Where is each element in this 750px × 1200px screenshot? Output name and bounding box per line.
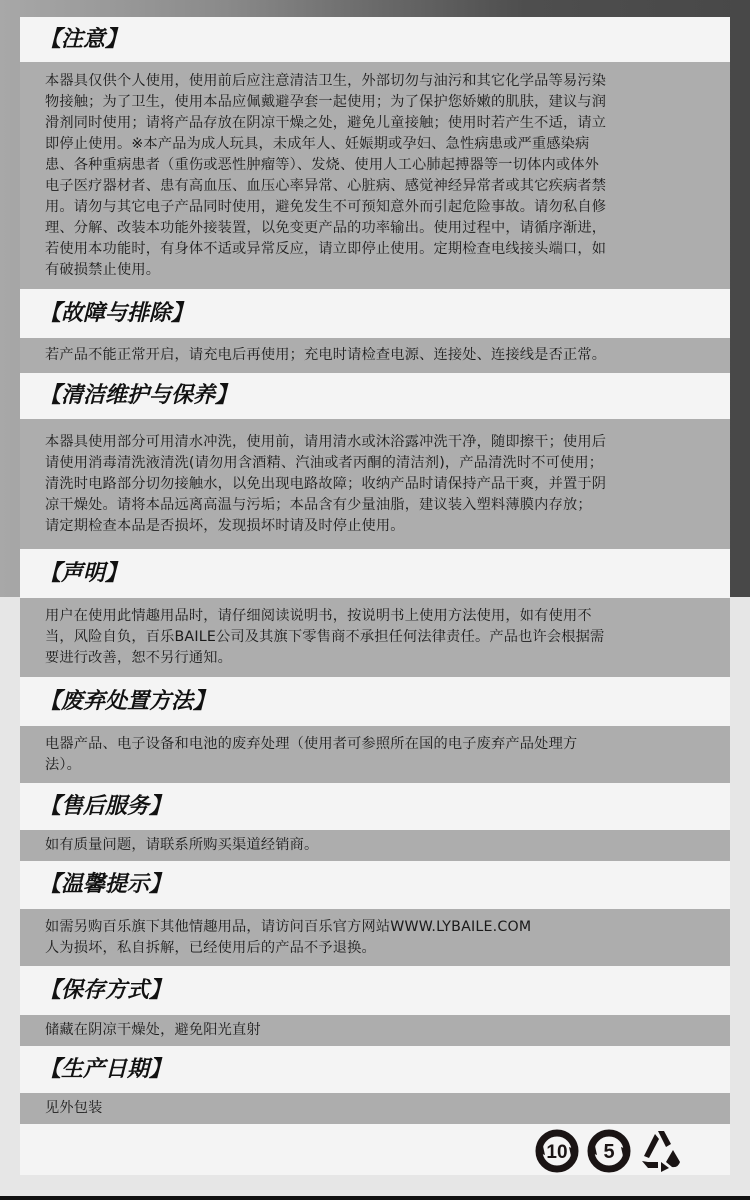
section-title-storage: 【保存方式】 [20, 966, 730, 1015]
section-body-disclaimer: 用户在使用此情趣用品时，请仔细阅读说明书，按说明书上使用方法使用，如有使用不 当… [20, 598, 730, 677]
section-title-notice: 【注意】 [20, 17, 730, 62]
notice-text: 本器具仅供个人使用，使用前后应注意清洁卫生，外部切勿与油污和其它化学品等易污染 … [45, 71, 606, 281]
section-body-production-date: 见外包装 [20, 1093, 730, 1124]
storage-text: 储藏在阴凉干燥处，避免阳光直射 [45, 1020, 261, 1041]
section-body-notice: 本器具仅供个人使用，使用前后应注意清洁卫生，外部切勿与油污和其它化学品等易污染 … [20, 62, 730, 289]
epup-5-year-icon: 5 [586, 1128, 632, 1174]
troubleshooting-text: 若产品不能正常开启，请充电后再使用；充电时请检查电源、连接处、连接线是否正常。 [45, 345, 606, 366]
section-title-after-sales: 【售后服务】 [20, 783, 730, 830]
section-body-after-sales: 如有质量问题，请联系所购买渠道经销商。 [20, 830, 730, 861]
section-title-tips: 【温馨提示】 [20, 861, 730, 909]
cleaning-text: 本器具使用部分可用清水冲洗，使用前，请用清水或沐浴露冲洗干净，随即擦干；使用后 … [45, 432, 606, 537]
section-title-disposal: 【废弃处置方法】 [20, 677, 730, 726]
section-body-storage: 储藏在阴凉干燥处，避免阳光直射 [20, 1015, 730, 1046]
disposal-text: 电器产品、电子设备和电池的废弃处理（使用者可参照所在国的电子废弃产品处理方 法）… [45, 734, 577, 776]
bottom-border [0, 1196, 750, 1200]
footer: 10 5 [20, 1124, 730, 1175]
recycle-icon [638, 1128, 682, 1174]
section-body-cleaning: 本器具使用部分可用清水冲洗，使用前，请用清水或沐浴露冲洗干净，随即擦干；使用后 … [20, 419, 730, 549]
svg-text:5: 5 [603, 1141, 614, 1163]
certification-icons: 10 5 [534, 1128, 682, 1174]
tips-text: 如需另购百乐旗下其他情趣用品，请访问百乐官方网站WWW.LYBAILE.COM … [45, 917, 531, 959]
svg-text:10: 10 [546, 1142, 567, 1163]
disclaimer-text: 用户在使用此情趣用品时，请仔细阅读说明书，按说明书上使用方法使用，如有使用不 当… [45, 606, 604, 669]
section-body-tips: 如需另购百乐旗下其他情趣用品，请访问百乐官方网站WWW.LYBAILE.COM … [20, 909, 730, 966]
section-title-production-date: 【生产日期】 [20, 1046, 730, 1093]
after-sales-text: 如有质量问题，请联系所购买渠道经销商。 [45, 835, 318, 856]
section-title-disclaimer: 【声明】 [20, 549, 730, 598]
instruction-card: 【注意】 本器具仅供个人使用，使用前后应注意清洁卫生，外部切勿与油污和其它化学品… [20, 17, 730, 1175]
section-body-disposal: 电器产品、电子设备和电池的废弃处理（使用者可参照所在国的电子废弃产品处理方 法）… [20, 726, 730, 783]
production-date-text: 见外包装 [45, 1098, 103, 1119]
epup-10-year-icon: 10 [534, 1128, 580, 1174]
section-title-troubleshooting: 【故障与排除】 [20, 289, 730, 338]
section-title-cleaning: 【清洁维护与保养】 [20, 373, 730, 419]
section-body-troubleshooting: 若产品不能正常开启，请充电后再使用；充电时请检查电源、连接处、连接线是否正常。 [20, 338, 730, 373]
